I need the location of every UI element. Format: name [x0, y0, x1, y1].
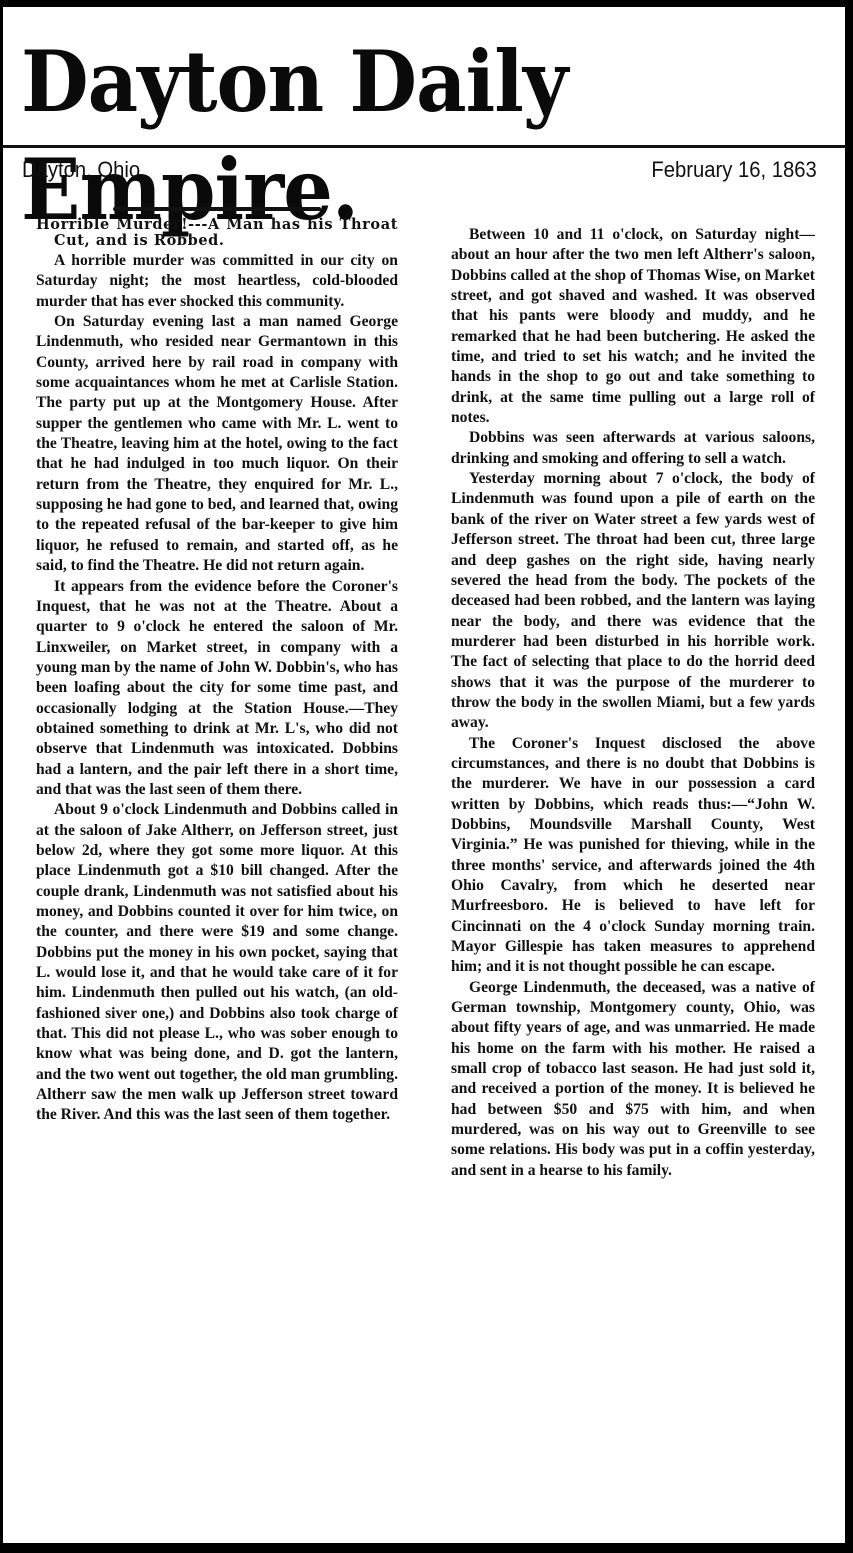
paragraph: Yesterday morning about 7 o'clock, the b…	[451, 469, 815, 733]
dateline: Dayton, Ohio February 16, 1863	[3, 157, 845, 187]
article-column-right: Between 10 and 11 o'clock, on Saturday n…	[451, 225, 815, 1181]
paragraph: Between 10 and 11 o'clock, on Saturday n…	[451, 225, 815, 428]
dateline-date: February 16, 1863	[652, 157, 817, 183]
dateline-place: Dayton, Ohio	[22, 157, 140, 183]
paragraph: On Saturday evening last a man named Geo…	[36, 312, 398, 576]
article-column-left: Horrible Murder!---A Man has his Throat …	[36, 207, 398, 1126]
paragraph: Dobbins was seen afterwards at various s…	[451, 428, 815, 469]
paragraph: About 9 o'clock Lindenmuth and Dobbins c…	[36, 800, 398, 1126]
newspaper-page: Dayton Daily Empire. Dayton, Ohio Februa…	[3, 7, 845, 1543]
masthead: Dayton Daily Empire.	[3, 7, 845, 147]
article-headline: Horrible Murder!---A Man has his Throat …	[36, 217, 398, 248]
paragraph: It appears from the evidence before the …	[36, 577, 398, 801]
headline-rule	[113, 207, 321, 211]
paragraph: A horrible murder was committed in our c…	[36, 251, 398, 312]
paragraph: George Lindenmuth, the deceased, was a n…	[451, 978, 815, 1181]
paragraph: The Coroner's Inquest disclosed the abov…	[451, 734, 815, 978]
masthead-divider	[3, 145, 845, 148]
